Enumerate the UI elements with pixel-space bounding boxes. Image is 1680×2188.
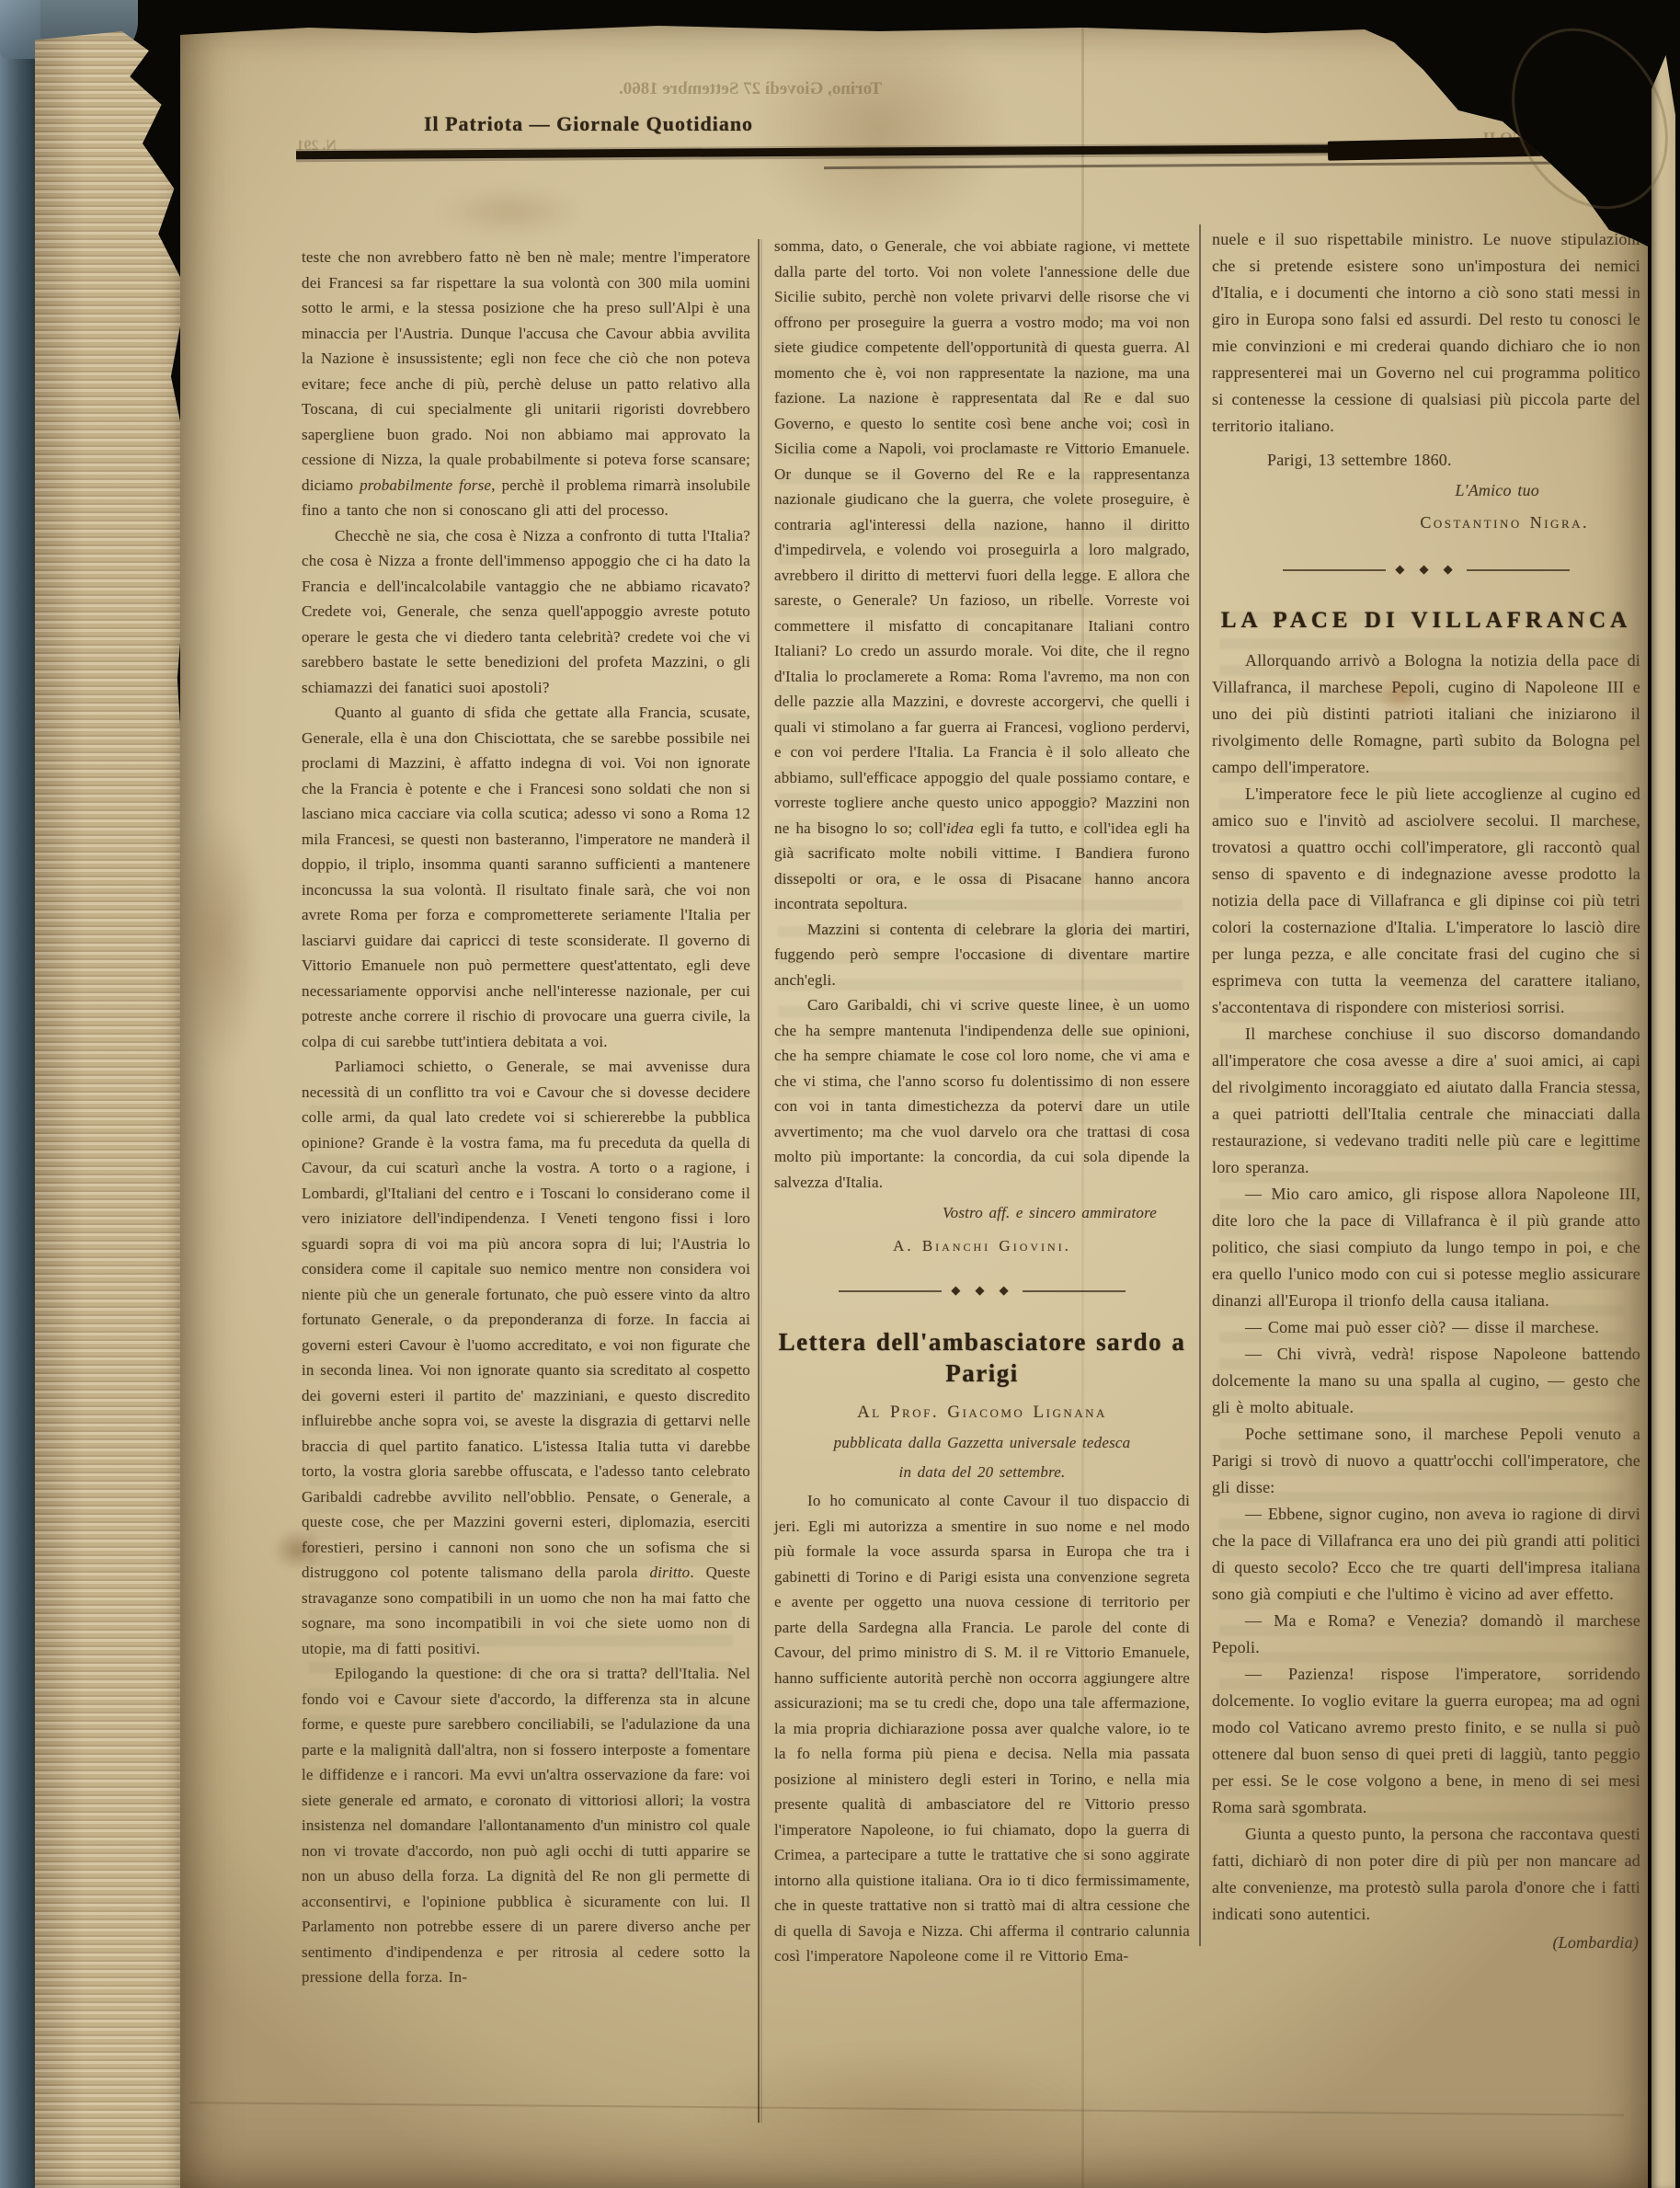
article-subhead: in data del 20 settembre. xyxy=(774,1460,1190,1485)
newspaper-masthead: Il Patriota — Giornale Quotidiano xyxy=(193,112,984,136)
paragraph: Epilogando la questione: di che ora si t… xyxy=(302,1661,750,1990)
article-headline: LA PACE DI VILLAFRANCA xyxy=(1212,605,1640,636)
divider-line xyxy=(1467,569,1570,571)
paragraph: — Mio caro amico, gli rispose allora Nap… xyxy=(1212,1181,1640,1314)
paragraph: — Come mai può esser ciò? — disse il mar… xyxy=(1212,1314,1640,1341)
bleedthrough-dateline: Torino, Giovedì 27 Settembre 1860. xyxy=(456,79,1045,99)
page-edges-stack xyxy=(35,31,193,2188)
paragraph: Quanto al guanto di sfida che gettate al… xyxy=(302,700,750,1054)
newspaper-page: Torino, Giovedì 27 Settembre 1860. ANNO … xyxy=(180,20,1648,2188)
column-rule-2 xyxy=(1199,224,1201,1946)
paragraph: Mazzini si contenta di celebrare la glor… xyxy=(774,917,1190,993)
source-credit: (Lombardia) xyxy=(1212,1930,1640,1956)
ornamental-divider: ◆ ◆ ◆ xyxy=(774,1278,1190,1304)
column-rule-1 xyxy=(758,239,760,2123)
paragraph: — Pazienza! rispose l'imperatore, sorrid… xyxy=(1212,1661,1640,1821)
paragraph: — Ebbene, signor cugino, non aveva io ra… xyxy=(1212,1501,1640,1608)
paper-stain xyxy=(173,811,265,1069)
paragraph: Checchè ne sia, che cosa è Nizza a confr… xyxy=(302,523,750,701)
paragraph: Caro Garibaldi, chi vi scrive queste lin… xyxy=(774,992,1190,1195)
paragraph: L'imperatore fece le più liete accoglien… xyxy=(1212,781,1640,1021)
paragraph: somma, dato, o Generale, che voi abbiate… xyxy=(774,234,1190,917)
paragraph: Allorquando arrivò a Bologna la notizia … xyxy=(1212,647,1640,781)
paragraph: nuele e il suo rispettabile ministro. Le… xyxy=(1212,226,1640,440)
signature-name: A. Bianchi Giovini. xyxy=(774,1233,1190,1259)
paragraph: — Chi vivrà, vedrà! rispose Napoleone ba… xyxy=(1212,1341,1640,1421)
divider-ornament-glyph: ◆ ◆ ◆ xyxy=(951,1278,1012,1304)
paragraph: Parliamoci schietto, o Generale, se mai … xyxy=(302,1054,750,1661)
ornamental-divider: ◆ ◆ ◆ xyxy=(1212,556,1640,583)
signature-line: Vostro aff. e sincero ammiratore xyxy=(774,1200,1190,1226)
paragraph: Poche settimane sono, il marchese Pepoli… xyxy=(1212,1421,1640,1501)
adjacent-page-edge xyxy=(1651,55,1675,2188)
article-subhead: Al Prof. Giacomo Lignana xyxy=(774,1400,1190,1426)
divider-line xyxy=(839,1290,942,1292)
book-spine xyxy=(0,0,40,2188)
dateline: Parigi, 13 settembre 1860. xyxy=(1212,447,1640,474)
signature-line: L'Amico tuo xyxy=(1212,477,1640,504)
paragraph: Io ho comunicato al conte Cavour il tuo … xyxy=(774,1488,1190,1969)
paragraph: teste che non avrebbero fatto nè ben nè … xyxy=(302,245,750,523)
text-column-2: somma, dato, o Generale, che voi abbiate… xyxy=(774,234,1190,1969)
article-subhead: pubblicata dalla Gazzetta universale ted… xyxy=(774,1430,1190,1456)
divider-line xyxy=(1283,569,1386,571)
signature-name: Costantino Nigra. xyxy=(1212,510,1640,536)
scanned-newspaper-photo: { "masthead": { "title": "Il Patriota — … xyxy=(0,0,1680,2188)
text-column-1: teste che non avrebbero fatto nè ben nè … xyxy=(302,245,750,1990)
paragraph: Giunta a questo punto, la persona che ra… xyxy=(1212,1821,1640,1928)
article-headline: Lettera dell'ambasciatore sardo a Parigi xyxy=(774,1326,1190,1389)
divider-line xyxy=(1023,1290,1126,1292)
text-column-3: nuele e il suo rispettabile ministro. Le… xyxy=(1212,226,1640,1956)
paragraph: Il marchese conchiuse il suo discorso do… xyxy=(1212,1021,1640,1181)
paper-stain xyxy=(438,186,585,237)
paragraph: — Ma e Roma? e Venezia? domandò il march… xyxy=(1212,1608,1640,1661)
divider-ornament-glyph: ◆ ◆ ◆ xyxy=(1395,556,1457,583)
